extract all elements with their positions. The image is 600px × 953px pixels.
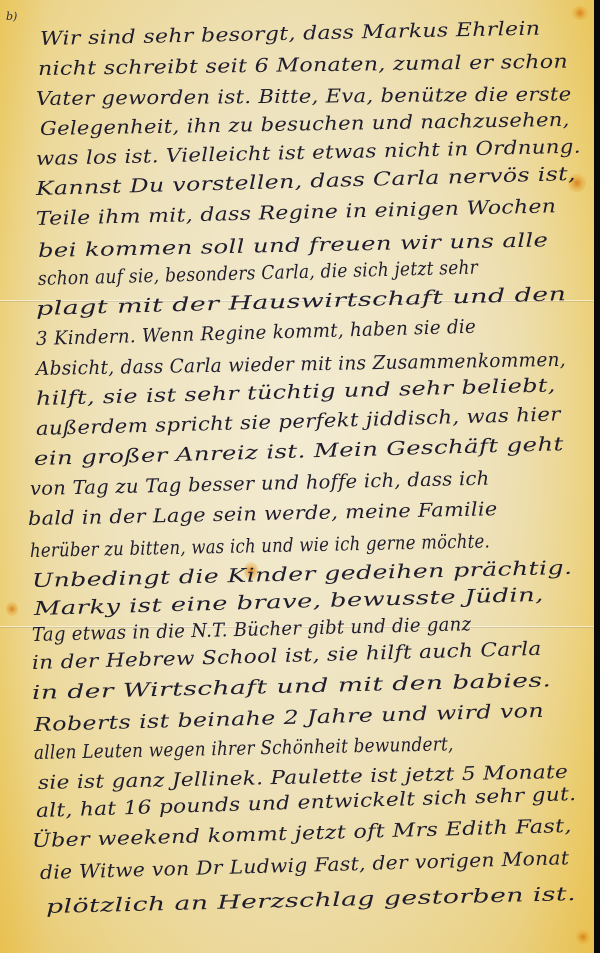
letter-line: die Witwe von Dr Ludwig Fast, der vorige… [40, 847, 570, 884]
paper-stain [576, 930, 590, 944]
letter-line: bald in der Lage sein werde, meine Famil… [28, 498, 498, 530]
page-marker: b) [6, 10, 17, 23]
letter-line: Wir sind sehr besorgt, dass Markus Ehrle… [40, 18, 541, 50]
letter-line: schon auf sie, besonders Carla, die sich… [38, 256, 479, 290]
letter-line: plagt mit der Hauswirtschaft und den [36, 283, 567, 320]
letter-page: b) Wir sind sehr besorgt, dass Markus Eh… [0, 0, 594, 953]
letter-line: herüber zu bitten, was ich und wie ich g… [30, 530, 490, 562]
paper-stain [572, 6, 588, 20]
scan-border [594, 0, 600, 953]
letter-line: Kannst Du vorstellen, dass Carla nervös … [36, 163, 576, 200]
letter-line: Gelegenheit, ihn zu besuchen und nachzus… [40, 109, 570, 140]
letter-line: Über weekend kommt jetzt oft Mrs Edith F… [32, 815, 572, 852]
letter-line: Vater geworden ist. Bitte, Eva, benütze … [36, 83, 572, 110]
letter-line: Roberts ist beinahe 2 Jahre und wird von [34, 700, 545, 736]
letter-line: in der Wirtschaft und mit den babies. [32, 669, 552, 704]
letter-line: allen Leuten wegen ihrer Schönheit bewun… [34, 733, 454, 764]
letter-line: Teile ihm mit, dass Regine in einigen Wo… [36, 195, 557, 230]
letter-line: ein großer Anreiz ist. Mein Geschäft geh… [34, 433, 564, 470]
letter-line: plötzlich an Herzschlag gestorben ist. [46, 883, 577, 918]
letter-line: nicht schreibt seit 6 Monaten, zumal er … [38, 51, 568, 80]
paper-stain [6, 602, 18, 616]
letter-line: von Tag zu Tag besser und hoffe ich, das… [30, 468, 490, 500]
letter-line: 3 Kindern. Wenn Regine kommt, haben sie … [36, 316, 477, 350]
